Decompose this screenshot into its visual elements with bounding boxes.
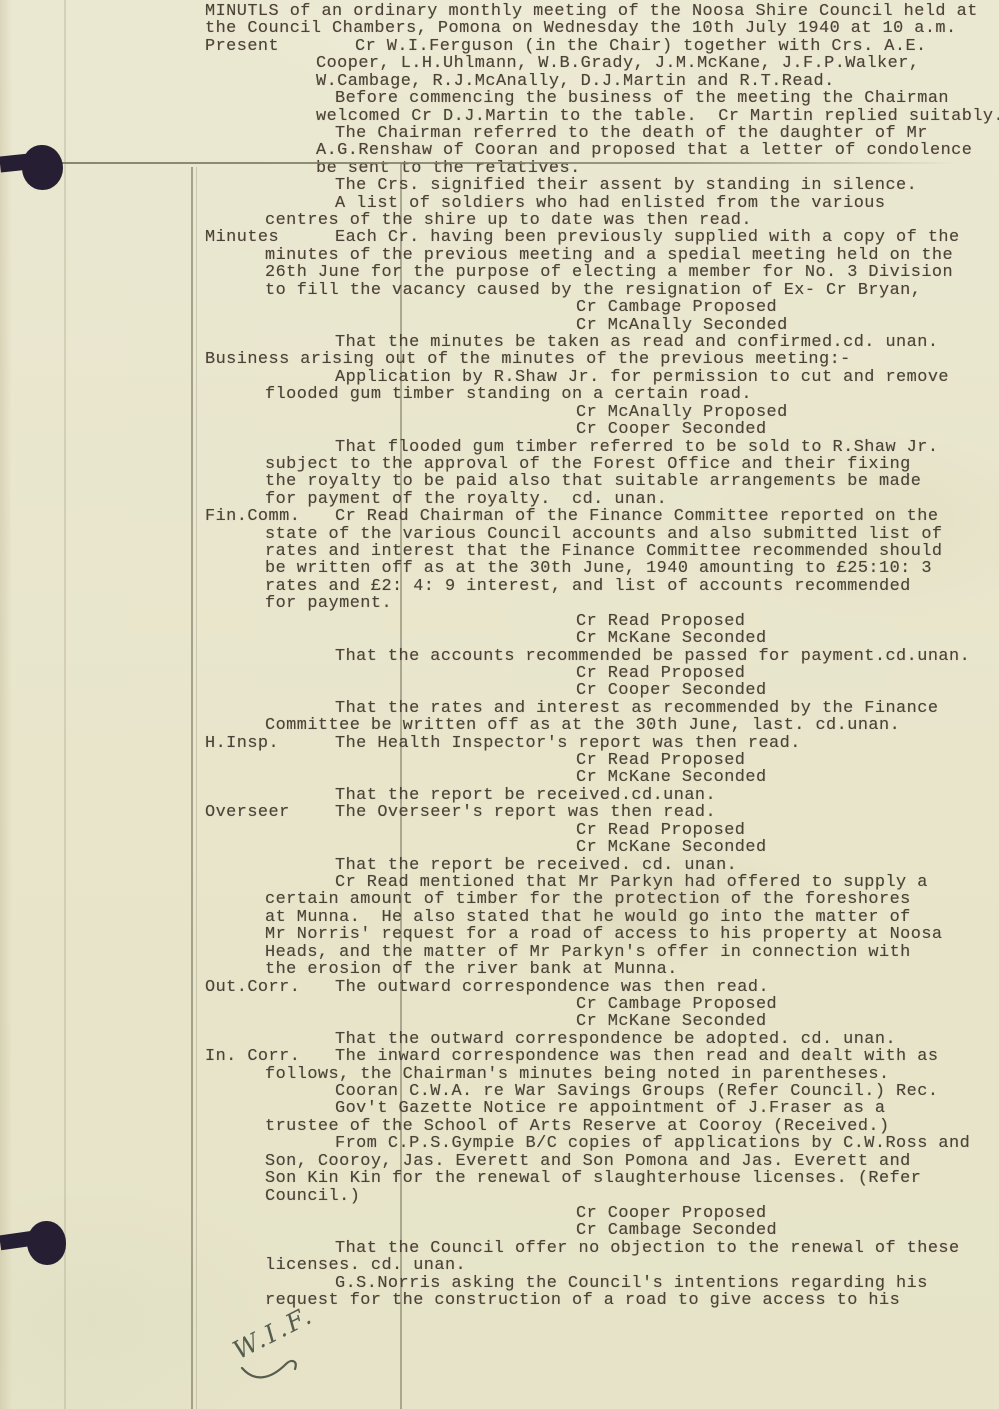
typewritten-line-text: G.S.Norris asking the Council's intentio… [335,1275,928,1292]
typewritten-line-text: The Chairman referred to the death of th… [335,125,928,142]
typewritten-line-text: That the Council offer no objection to t… [335,1240,960,1257]
typewritten-line-text: Cr McKane Seconded [576,630,767,647]
typewritten-line-text: Cr Read Proposed [576,752,745,769]
typewritten-line-text: Cr Read mentioned that Mr Parkyn had off… [335,874,928,891]
typewritten-line-text: the erosion of the river bank at Munna. [265,961,678,978]
text-line: That the report be received. cd. unan. [0,857,999,875]
text-line: That the rates and interest as recommend… [0,700,999,718]
typewritten-line-text: Each Cr. having been previously supplied… [335,229,960,246]
text-line: subject to the approval of the Forest Of… [0,456,999,474]
text-line: Cr Read Proposed [0,822,999,840]
margin-label: In. Corr. [205,1048,300,1065]
typewritten-line-text: Son, Cooroy, Jas. Everett and Son Pomona… [265,1153,911,1170]
text-line: licenses. cd. unan. [0,1257,999,1275]
text-line: Committee be written off as at the 30th … [0,717,999,735]
handwritten-initials: W.I.F. [212,1296,342,1396]
text-line: A.G.Renshaw of Cooran and proposed that … [0,142,999,160]
typewritten-line-text: Cr McAnally Seconded [576,317,788,334]
text-line: Cr McAnally Proposed [0,404,999,422]
text-line: Heads, and the matter of Mr Parkyn's off… [0,944,999,962]
typewritten-line-text: Gov't Gazette Notice re appointment of J… [335,1100,885,1117]
typewritten-line-text: 26th June for the purpose of electing a … [265,264,953,281]
typewritten-line-text: That the accounts recommended be passed … [335,648,970,665]
typewritten-line-text: Application by R.Shaw Jr. for permission… [335,369,949,386]
text-line: That the report be received.cd.unan. [0,787,999,805]
text-line: request for the construction of a road t… [0,1292,999,1310]
typewritten-line-text: Cooper, L.H.Uhlmann, W.B.Grady, J.M.McKa… [316,55,919,72]
typewritten-line-text: Cr McKane Seconded [576,839,767,856]
text-line: Cr McKane Seconded [0,1013,999,1031]
text-line: 26th June for the purpose of electing a … [0,264,999,282]
text-line: Cr Cambage Seconded [0,1222,999,1240]
text-line: OverseerThe Overseer's report was then r… [0,804,999,822]
typewritten-line-text: follows, the Chairman's minutes being no… [265,1066,890,1083]
text-line: Before commencing the business of the me… [0,90,999,108]
text-line: That the minutes be taken as read and co… [0,334,999,352]
typewritten-line-text: certain amount of timber for the protect… [265,891,911,908]
typewritten-line-text: at Munna. He also stated that he would g… [265,909,911,926]
text-line: Cr McKane Seconded [0,630,999,648]
typewritten-line-text: Heads, and the matter of Mr Parkyn's off… [265,944,911,961]
hole-punch-ink-blot-bottom [27,1221,66,1265]
text-line: In. Corr.The inward correspondence was t… [0,1048,999,1066]
typewritten-line-text: welcomed Cr D.J.Martin to the table. Cr … [316,108,999,125]
margin-label: Minutes [205,229,279,246]
typewritten-line-text: Cr Cooper Seconded [576,421,767,438]
typewritten-line-text: Cr Cooper Seconded [576,682,767,699]
text-line: rates and £2: 4: 9 interest, and list of… [0,578,999,596]
typewritten-line-text: Business arising out of the minutes of t… [205,351,851,368]
typewritten-line-text: the Council Chambers, Pomona on Wednesda… [205,20,957,37]
typewritten-line-text: The Overseer's report was then read. [335,804,716,821]
text-line: Gov't Gazette Notice re appointment of J… [0,1100,999,1118]
text-line: minutes of the previous meeting and a sp… [0,247,999,265]
typewritten-line-text: Cr Cambage Proposed [576,996,777,1013]
text-line: the erosion of the river bank at Munna. [0,961,999,979]
typewritten-line-text: for payment. [265,595,392,612]
text-line: Cr McKane Seconded [0,769,999,787]
typewritten-line-text: subject to the approval of the Forest Of… [265,456,911,473]
text-line: for payment. [0,595,999,613]
typewritten-line-text: That the rates and interest as recommend… [335,700,938,717]
typewritten-line-text: The inward correspondence was then read … [335,1048,938,1065]
typewritten-line-text: That the report be received. cd. unan. [335,857,737,874]
typewritten-line-text: be written off as at the 30th June, 1940… [265,560,932,577]
typewritten-line-text: From C.P.S.Gympie B/C copies of applicat… [335,1135,970,1152]
text-line: Cr Cooper Seconded [0,421,999,439]
typewritten-line-text: centres of the shire up to date was then… [265,212,752,229]
text-line: state of the various Council accounts an… [0,526,999,544]
text-line: the royalty to be paid also that suitabl… [0,473,999,491]
typewritten-line-text: The Crs. signified their assent by stand… [335,177,917,194]
text-line: Council.) [0,1188,999,1206]
typewritten-line-text: flooded gum timber standing on a certain… [265,386,752,403]
text-line: at Munna. He also stated that he would g… [0,909,999,927]
text-line: The Chairman referred to the death of th… [0,125,999,143]
typewritten-line-text: MINUTLS of an ordinary monthly meeting o… [205,3,978,20]
text-line: From C.P.S.Gympie B/C copies of applicat… [0,1135,999,1153]
text-line: Cr Read Proposed [0,613,999,631]
typewritten-line-text: Council.) [265,1188,360,1205]
typewritten-line-text: The outward correspondence was then read… [335,979,769,996]
margin-label: Present [205,38,279,55]
typewritten-line-text: Cr McAnally Proposed [576,404,788,421]
typewritten-line-text: That the minutes be taken as read and co… [335,334,938,351]
text-line: trustee of the School of Arts Reserve at… [0,1118,999,1136]
typewritten-line-text: Cr W.I.Ferguson (in the Chair) together … [355,38,927,55]
text-line: Cr Read Proposed [0,752,999,770]
text-line: That the Council offer no objection to t… [0,1240,999,1258]
typewritten-line-text: Cr Cooper Proposed [576,1205,767,1222]
margin-label: Fin.Comm. [205,508,300,525]
typewritten-line-text: A.G.Renshaw of Cooran and proposed that … [316,142,972,159]
typewritten-text-block: MINUTLS of an ordinary monthly meeting o… [0,0,999,1409]
text-line: MINUTLS of an ordinary monthly meeting o… [0,3,999,21]
text-line: PresentCr W.I.Ferguson (in the Chair) to… [0,38,999,56]
typewritten-line-text: request for the construction of a road t… [265,1292,900,1309]
typewritten-line-text: rates and £2: 4: 9 interest, and list of… [265,578,911,595]
text-line: flooded gum timber standing on a certain… [0,386,999,404]
typewritten-line-text: Before commencing the business of the me… [335,90,949,107]
text-line: Cooper, L.H.Uhlmann, W.B.Grady, J.M.McKa… [0,55,999,73]
text-line: be written off as at the 30th June, 1940… [0,560,999,578]
typewritten-line-text: That flooded gum timber referred to be s… [335,439,938,456]
text-line: Cr Cooper Seconded [0,682,999,700]
typewritten-line-text: The Health Inspector's report was then r… [335,735,801,752]
typewritten-line-text: for payment of the royalty. cd. unan. [265,491,667,508]
text-line: Son, Cooroy, Jas. Everett and Son Pomona… [0,1153,999,1171]
typewritten-line-text: Cooran C.W.A. re War Savings Groups (Ref… [335,1083,938,1100]
text-line: Out.Corr.The outward correspondence was … [0,979,999,997]
text-line: Cr Cambage Proposed [0,299,999,317]
text-line: Cr Read Proposed [0,665,999,683]
text-line: H.Insp.The Health Inspector's report was… [0,735,999,753]
text-line: Son Kin Kin for the renewal of slaughter… [0,1170,999,1188]
text-line: follows, the Chairman's minutes being no… [0,1066,999,1084]
text-line: welcomed Cr D.J.Martin to the table. Cr … [0,108,999,126]
text-line: centres of the shire up to date was then… [0,212,999,230]
text-line: to fill the vacancy caused by the resign… [0,282,999,300]
text-line: W.Cambage, R.J.McAnally, D.J.Martin and … [0,73,999,91]
horizontal-rule [0,162,958,164]
typewritten-line-text: Cr McKane Seconded [576,1013,767,1030]
text-line: G.S.Norris asking the Council's intentio… [0,1275,999,1293]
text-line: That the accounts recommended be passed … [0,648,999,666]
typewritten-line-text: Cr Read Chairman of the Finance Committe… [335,508,938,525]
typewritten-line-text: That the outward correspondence be adopt… [335,1031,896,1048]
text-line: A list of soldiers who had enlisted from… [0,195,999,213]
typewritten-line-text: to fill the vacancy caused by the resign… [265,282,921,299]
text-line: Cr Read mentioned that Mr Parkyn had off… [0,874,999,892]
text-line: Cr McKane Seconded [0,839,999,857]
text-line: That flooded gum timber referred to be s… [0,439,999,457]
text-line: MinutesEach Cr. having been previously s… [0,229,999,247]
typewritten-line-text: Cr Cambage Proposed [576,299,777,316]
document-page: MINUTLS of an ordinary monthly meeting o… [0,0,999,1409]
typewritten-line-text: Cr Read Proposed [576,613,745,630]
typewritten-line-text: state of the various Council accounts an… [265,526,943,543]
text-line: certain amount of timber for the protect… [0,891,999,909]
typewritten-line-text: A list of soldiers who had enlisted from… [335,195,885,212]
text-line: The Crs. signified their assent by stand… [0,177,999,195]
typewritten-line-text: trustee of the School of Arts Reserve at… [265,1118,890,1135]
hole-punch-ink-blot-top [22,145,63,190]
typewritten-line-text: minutes of the previous meeting and a sp… [265,247,953,264]
typewritten-line-text: That the report be received.cd.unan. [335,787,716,804]
typewritten-line-text: Mr Norris' request for a road of access … [265,926,943,943]
typewritten-line-text: Son Kin Kin for the renewal of slaughter… [265,1170,921,1187]
text-line: Fin.Comm.Cr Read Chairman of the Finance… [0,508,999,526]
typewritten-line-text: Cr McKane Seconded [576,769,767,786]
text-line: Cr Cambage Proposed [0,996,999,1014]
text-line: rates and interest that the Finance Comm… [0,543,999,561]
margin-label: Out.Corr. [205,979,300,996]
typewritten-line-text: Cr Read Proposed [576,665,745,682]
typewritten-line-text: rates and interest that the Finance Comm… [265,543,943,560]
typewritten-line-text: the royalty to be paid also that suitabl… [265,473,921,490]
typewritten-line-text: Cr Read Proposed [576,822,745,839]
text-line: Mr Norris' request for a road of access … [0,926,999,944]
text-line: Cr Cooper Proposed [0,1205,999,1223]
typewritten-line-text: Cr Cambage Seconded [576,1222,777,1239]
typewritten-line-text: licenses. cd. unan. [265,1257,466,1274]
text-line: Application by R.Shaw Jr. for permission… [0,369,999,387]
text-line: for payment of the royalty. cd. unan. [0,491,999,509]
typewritten-line-text: W.Cambage, R.J.McAnally, D.J.Martin and … [316,73,835,90]
margin-label: Overseer [205,804,290,821]
typewritten-line-text: Committee be written off as at the 30th … [265,717,900,734]
text-line: Cooran C.W.A. re War Savings Groups (Ref… [0,1083,999,1101]
text-line: Business arising out of the minutes of t… [0,351,999,369]
text-line: the Council Chambers, Pomona on Wednesda… [0,20,999,38]
margin-label: H.Insp. [205,735,279,752]
text-line: That the outward correspondence be adopt… [0,1031,999,1049]
text-line: Cr McAnally Seconded [0,317,999,335]
